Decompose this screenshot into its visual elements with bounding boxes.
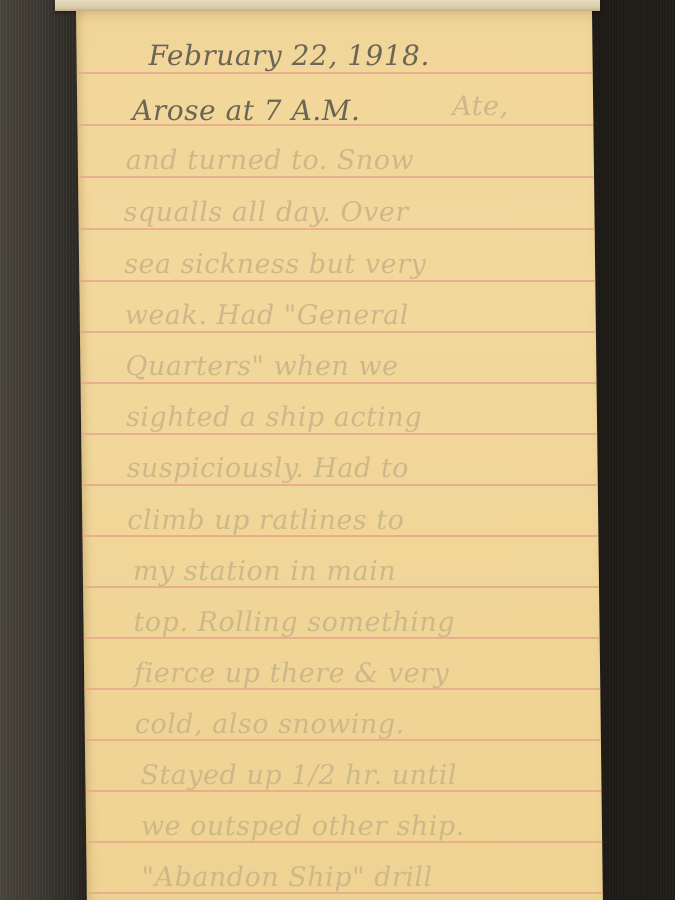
handwritten-line: Ate, (452, 91, 509, 122)
handwritten-line: Quarters" when we (125, 351, 399, 382)
ruled-line (79, 228, 595, 230)
ruled-line (82, 484, 598, 486)
handwritten-line: fierce up there & very (134, 658, 450, 689)
ruled-line (81, 433, 597, 435)
handwritten-line: suspiciously. Had to (126, 453, 409, 484)
handwritten-line: Stayed up 1/2 hr. until (140, 760, 457, 791)
ruled-line (81, 382, 597, 384)
entry-date: February 22, 1918. (148, 39, 430, 72)
handwritten-line: climb up ratlines to (127, 505, 405, 536)
ruled-line (79, 280, 595, 282)
diary-page: February 22, 1918.Arose at 7 A.M.Ate,and… (76, 11, 603, 900)
wooden-desk-left (0, 0, 90, 900)
handwritten-line: "Abandon Ship" drill (141, 862, 432, 893)
handwritten-line: sea sickness but very (124, 249, 427, 280)
handwritten-line: top. Rolling something (133, 607, 455, 638)
handwritten-line: weak. Had "General (125, 300, 410, 331)
notepad-binding (55, 0, 600, 11)
ruled-line (80, 331, 596, 333)
handwritten-line: we outsped other ship. (141, 811, 465, 842)
handwritten-line: sighted a ship acting (126, 402, 423, 433)
ruled-line (77, 72, 593, 74)
handwritten-line: Arose at 7 A.M. (132, 94, 360, 127)
ruled-line (78, 176, 594, 178)
handwritten-line: cold, also snowing. (135, 709, 405, 740)
handwritten-line: my station in main (133, 556, 397, 587)
handwritten-line: squalls all day. Over (123, 197, 409, 228)
handwritten-line: and turned to. Snow (126, 145, 415, 176)
